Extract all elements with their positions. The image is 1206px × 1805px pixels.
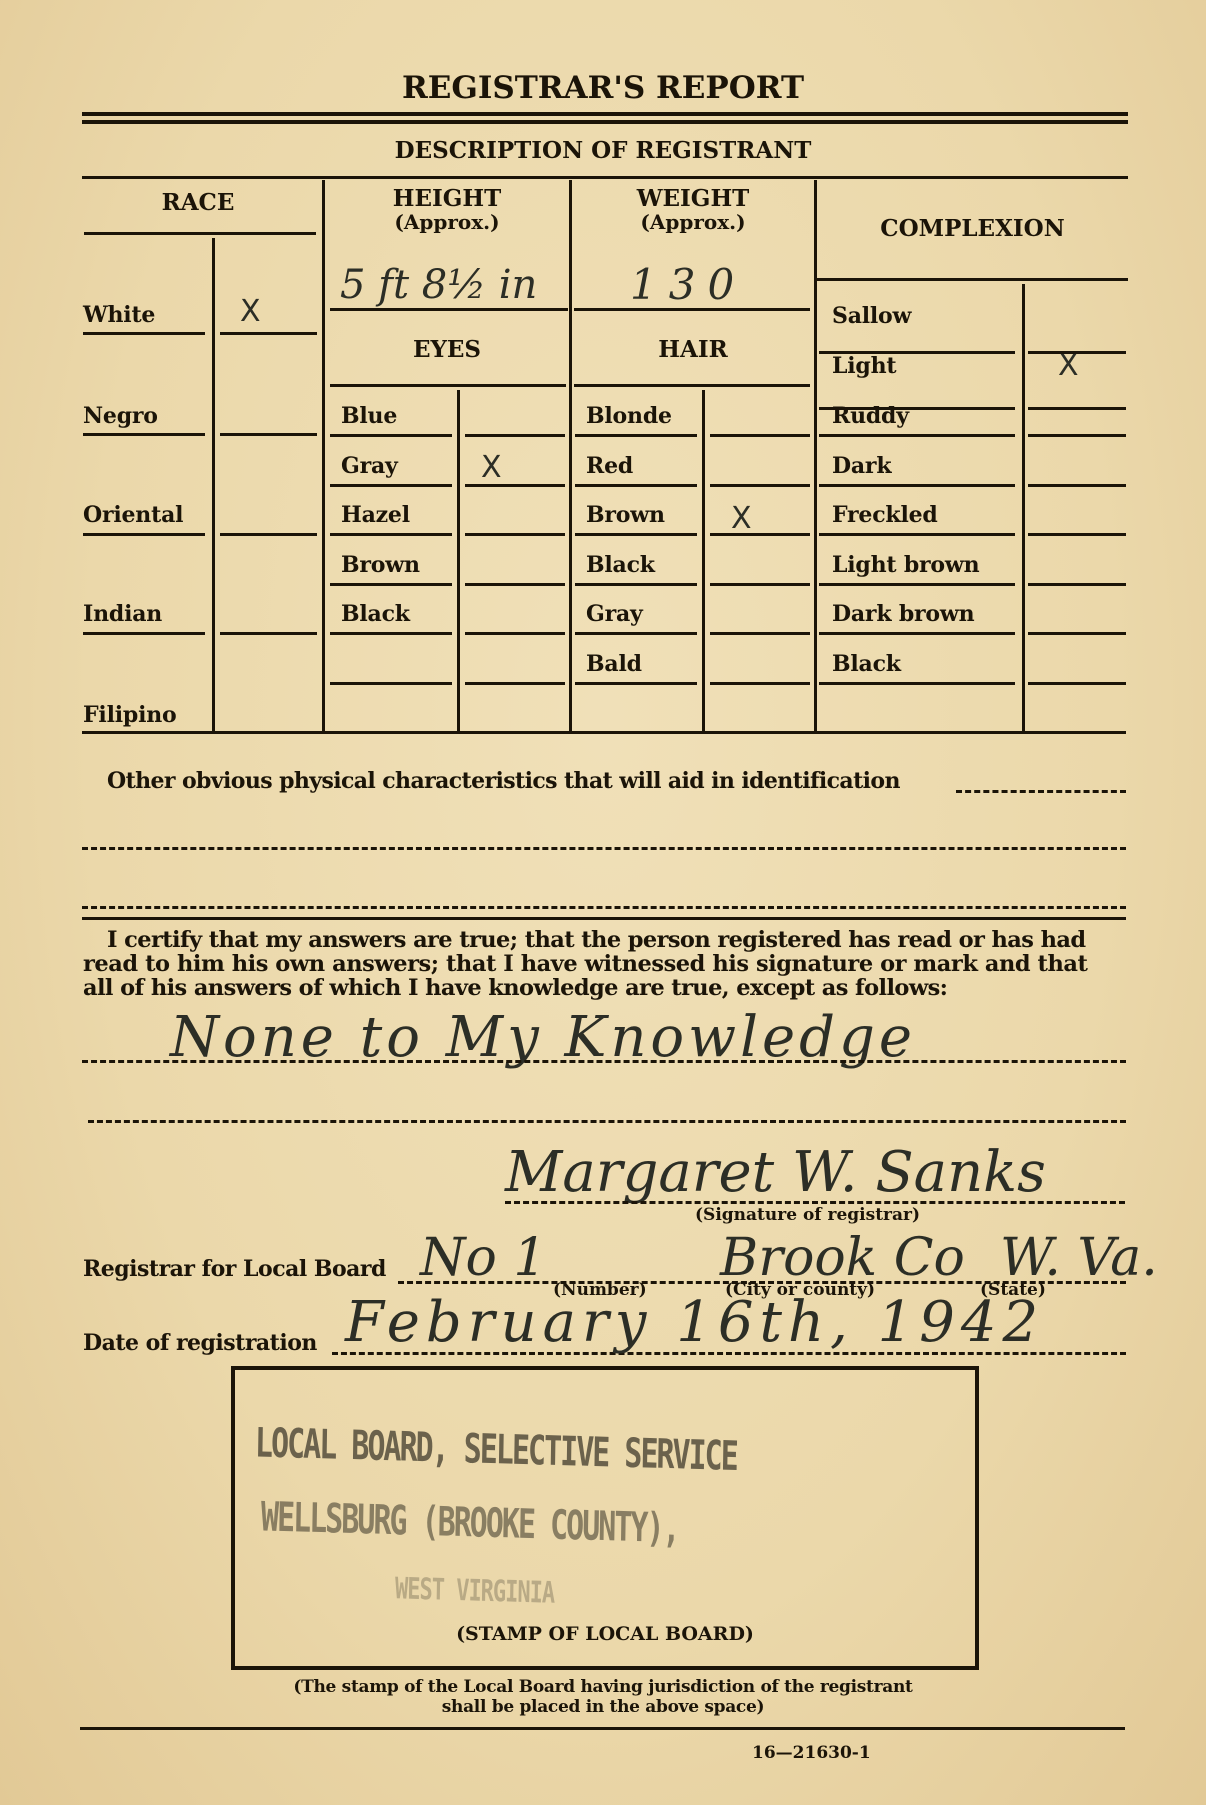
eyes-row-rule xyxy=(330,484,452,487)
race-row-rule xyxy=(83,533,205,536)
complexion-row-rule xyxy=(819,533,1015,536)
col-line-race-inner xyxy=(212,238,215,732)
complexion-option-dark-brown: Dark brown xyxy=(832,601,974,627)
complexion-option-sallow: Sallow xyxy=(832,303,911,329)
complexion-row-rule xyxy=(819,583,1015,586)
hair-red-checkbox[interactable] xyxy=(710,484,810,487)
col-line-race-height xyxy=(322,180,325,732)
hair-header-rule xyxy=(574,384,810,387)
height-header: HEIGHT (Approx.) xyxy=(325,186,569,233)
complexion-dark-checkbox[interactable] xyxy=(1028,484,1126,487)
hair-option-gray: Gray xyxy=(586,601,643,627)
certification-line-3: all of his answers of which I have knowl… xyxy=(83,975,947,1001)
certification-exceptions-field-2 xyxy=(88,1120,1126,1123)
footnote-line-2: shall be placed in the above space) xyxy=(0,1697,1206,1717)
other-characteristics-field-1[interactable] xyxy=(956,790,1126,793)
hair-header: HAIR xyxy=(572,336,814,363)
race-row-rule xyxy=(83,632,205,635)
col-line-height-weight xyxy=(569,180,572,732)
race-option-oriental: Oriental xyxy=(83,502,183,528)
eyes-row-rule xyxy=(330,632,452,635)
complexion-option-light: Light xyxy=(832,353,896,379)
weight-header-sub: (Approx.) xyxy=(572,211,814,233)
certification-exceptions-field-1 xyxy=(82,1060,1126,1063)
race-header: RACE xyxy=(82,189,314,216)
stamp-caption: (STAMP OF LOCAL BOARD) xyxy=(235,1623,975,1645)
eyes-header-rule xyxy=(330,384,566,387)
eyes-blue-checkbox[interactable] xyxy=(465,434,565,437)
table-top-rule xyxy=(82,176,1128,179)
eyes-header: EYES xyxy=(325,336,569,363)
hair-black-checkbox[interactable] xyxy=(710,583,810,586)
race-check-rule xyxy=(220,332,317,335)
complexion-row-rule xyxy=(819,407,1015,410)
complexion-row-rule xyxy=(819,484,1015,487)
complexion-row-rule xyxy=(819,682,1015,685)
col-line-complexion-inner xyxy=(1022,284,1025,732)
eyes-option-brown: Brown xyxy=(341,552,420,578)
footnote-line-1: (The stamp of the Local Board having jur… xyxy=(0,1677,1206,1697)
footer-rule xyxy=(80,1727,1125,1730)
height-header-label: HEIGHT xyxy=(393,185,502,212)
complexion-light-brown-checkbox[interactable] xyxy=(1028,583,1126,586)
section-title: DESCRIPTION OF REGISTRANT xyxy=(0,137,1206,164)
complexion-option-dark: Dark xyxy=(832,453,891,479)
eyes-option-black: Black xyxy=(341,601,410,627)
certification-line-1: I certify that my answers are true; that… xyxy=(107,927,1085,953)
title-double-rule-bottom xyxy=(82,120,1128,124)
stamp-line-2: WELLSBURG (BROOKE COUNTY), xyxy=(261,1494,679,1553)
form-number: 16—21630-1 xyxy=(752,1743,871,1763)
stamp-line-1: LOCAL BOARD, SELECTIVE SERVICE xyxy=(255,1420,737,1481)
other-characteristics-label: Other obvious physical characteristics t… xyxy=(107,768,900,794)
complexion-row-rule xyxy=(819,434,1015,437)
eyes-row-rule xyxy=(330,682,452,685)
hair-option-bald: Bald xyxy=(586,651,642,677)
col-line-hair-inner xyxy=(702,390,705,732)
hair-row-rule xyxy=(575,583,697,586)
eyes-hazel-checkbox[interactable] xyxy=(465,533,565,536)
section-divider-rule xyxy=(82,917,1126,920)
hair-option-black: Black xyxy=(586,552,655,578)
race-row-rule xyxy=(83,332,205,335)
race-oriental-checkbox[interactable] xyxy=(220,533,317,536)
complexion-light-check-rule xyxy=(1028,407,1126,410)
registration-date-label: Date of registration xyxy=(83,1330,317,1356)
signature-line xyxy=(505,1201,1125,1204)
local-board-number[interactable]: No 1 xyxy=(420,1228,546,1288)
race-header-rule xyxy=(84,232,316,235)
hair-brown-check-rule xyxy=(710,533,810,536)
eyes-brown-checkbox[interactable] xyxy=(465,583,565,586)
height-header-sub: (Approx.) xyxy=(325,211,569,233)
table-bottom-rule xyxy=(82,731,1126,734)
signature-caption: (Signature of registrar) xyxy=(695,1205,920,1225)
complexion-option-light-brown: Light brown xyxy=(832,552,979,578)
race-negro-checkbox[interactable] xyxy=(220,433,317,436)
eyes-blank-check-rule xyxy=(465,682,565,685)
complexion-header: COMPLEXION xyxy=(817,215,1128,242)
complexion-row-rule xyxy=(819,351,1015,354)
title-double-rule-top xyxy=(82,112,1128,116)
hair-brown-checkbox[interactable]: X xyxy=(731,501,752,536)
race-white-checkbox[interactable]: X xyxy=(240,294,261,329)
complexion-header-rule xyxy=(817,278,1128,281)
hair-option-blonde: Blonde xyxy=(586,403,672,429)
local-board-state[interactable]: W. Va. xyxy=(1000,1228,1158,1288)
race-row-rule xyxy=(83,433,205,436)
page-title: REGISTRAR'S REPORT xyxy=(0,70,1206,106)
hair-gray-checkbox[interactable] xyxy=(710,632,810,635)
hair-row-rule xyxy=(575,682,697,685)
complexion-sallow-checkbox[interactable] xyxy=(1028,351,1126,354)
weight-value-rule xyxy=(574,308,810,311)
weight-header-label: WEIGHT xyxy=(637,185,750,212)
eyes-option-gray: Gray xyxy=(341,453,398,479)
hair-bald-checkbox[interactable] xyxy=(710,682,810,685)
complexion-black-checkbox[interactable] xyxy=(1028,682,1126,685)
complexion-row-rule xyxy=(819,632,1015,635)
eyes-gray-check-rule xyxy=(465,484,565,487)
race-option-filipino: Filipino xyxy=(83,702,177,728)
hair-option-brown: Brown xyxy=(586,502,665,528)
eyes-option-blue: Blue xyxy=(341,403,397,429)
stamp-box: LOCAL BOARD, SELECTIVE SERVICE WELLSBURG… xyxy=(231,1366,979,1670)
complexion-ruddy-checkbox[interactable] xyxy=(1028,434,1126,437)
hair-row-rule xyxy=(575,434,697,437)
race-option-negro: Negro xyxy=(83,403,158,429)
hair-row-rule xyxy=(575,632,697,635)
complexion-dark-brown-checkbox[interactable] xyxy=(1028,632,1126,635)
weight-value[interactable]: 130 xyxy=(630,260,746,309)
eyes-option-hazel: Hazel xyxy=(341,502,410,528)
complexion-option-black: Black xyxy=(832,651,901,677)
race-indian-checkbox[interactable] xyxy=(220,632,317,635)
registrar-signature[interactable]: Margaret W. Sanks xyxy=(505,1140,1046,1205)
hair-row-rule xyxy=(575,484,697,487)
eyes-row-rule xyxy=(330,434,452,437)
hair-row-rule xyxy=(575,533,697,536)
height-value-rule xyxy=(330,308,568,311)
certification-line-2: read to him his own answers; that I have… xyxy=(83,951,1087,977)
local-board-label: Registrar for Local Board xyxy=(83,1256,386,1282)
eyes-row-rule xyxy=(330,533,452,536)
col-line-eyes-inner xyxy=(457,390,460,732)
eyes-black-checkbox[interactable] xyxy=(465,632,565,635)
stamp-line-3: WEST VIRGINIA xyxy=(395,1573,555,1611)
race-option-white: White xyxy=(83,302,155,328)
complexion-option-freckled: Freckled xyxy=(832,502,938,528)
race-option-indian: Indian xyxy=(83,601,162,627)
complexion-freckled-checkbox[interactable] xyxy=(1028,533,1126,536)
eyes-row-rule xyxy=(330,583,452,586)
col-line-weight-complexion xyxy=(814,180,817,732)
other-characteristics-field-3[interactable] xyxy=(82,906,1126,909)
weight-header: WEIGHT (Approx.) xyxy=(572,186,814,233)
hair-option-red: Red xyxy=(586,453,633,479)
local-board-city[interactable]: Brook Co xyxy=(720,1228,965,1288)
height-value[interactable]: 5 ft 8½ in xyxy=(340,262,537,308)
other-characteristics-field-2[interactable] xyxy=(82,847,1126,850)
hair-blonde-checkbox[interactable] xyxy=(710,434,810,437)
eyes-gray-checkbox[interactable]: X xyxy=(481,450,502,485)
registration-date-value[interactable]: February 16th, 1942 xyxy=(345,1290,1044,1355)
